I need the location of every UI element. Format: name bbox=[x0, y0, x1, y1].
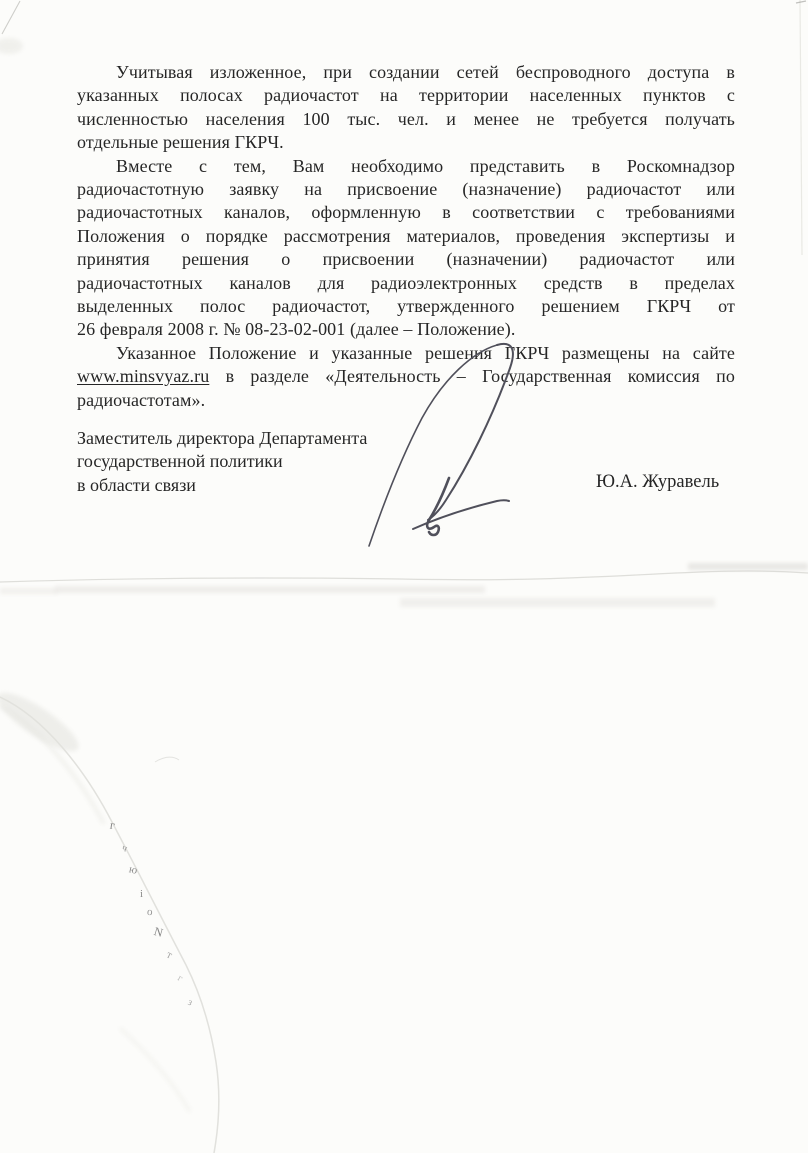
signer-title-line: государственной политики bbox=[77, 450, 497, 473]
letter-body: Учитывая изложенное, при создании сетей … bbox=[77, 61, 735, 412]
signer-name: Ю.А. Журавель bbox=[596, 472, 719, 493]
text-line: принятия решения о присвоении (назначени… bbox=[77, 248, 735, 271]
bleedthrough-letter: ч bbox=[120, 842, 128, 854]
text-line: радиочастотам». bbox=[77, 389, 735, 412]
text-line: радиочастотных каналов, оформленную в со… bbox=[77, 201, 735, 224]
bleedthrough-letter: N bbox=[152, 924, 164, 941]
text-line: Указанное Положение и указанные решения … bbox=[77, 342, 735, 365]
text-line: Положения о порядке рассмотрения материа… bbox=[77, 225, 735, 248]
text-line: радиочастотных каналов для радиоэлектрон… bbox=[77, 272, 735, 295]
signer-title-line: в области связи bbox=[77, 474, 497, 497]
text-line: Вместе с тем, Вам необходимо представить… bbox=[77, 155, 735, 178]
text-line: www.minsvyaz.ru в разделе «Деятельность … bbox=[77, 365, 735, 388]
bleedthrough-letter: о bbox=[146, 906, 153, 919]
text-line: отдельные решения ГКРЧ. bbox=[77, 131, 735, 154]
text-line: указанных полосах радиочастот на террито… bbox=[77, 84, 735, 107]
text-line: Учитывая изложенное, при создании сетей … bbox=[77, 61, 735, 84]
minsvyaz-url: www.minsvyaz.ru bbox=[77, 366, 209, 386]
text-line-rest: в разделе «Деятельность – Государственна… bbox=[226, 366, 735, 386]
bleedthrough-letter: з bbox=[186, 997, 194, 1009]
bleedthrough-letter: г bbox=[176, 973, 185, 985]
scanned-letter-page: Учитывая изложенное, при создании сетей … bbox=[0, 0, 808, 1153]
text-line: 26 февраля 2008 г. № 08-23-02-001 (далее… bbox=[77, 318, 735, 341]
signer-title-block: Заместитель директора Департамента госуд… bbox=[77, 427, 497, 497]
text-line: выделенных полос радиочастот, утвержденн… bbox=[77, 295, 735, 318]
signer-title-line: Заместитель директора Департамента bbox=[77, 427, 497, 450]
text-line: радиочастотную заявку на присвоение (наз… bbox=[77, 178, 735, 201]
word-space bbox=[209, 366, 225, 386]
bleedthrough-letter: і bbox=[140, 888, 143, 900]
bleedthrough-letter: ю bbox=[128, 863, 139, 876]
bleedthrough-letter: т bbox=[165, 949, 175, 962]
bleedthrough-letter: г bbox=[109, 818, 116, 834]
text-line: численностью населения 100 тыс. чел. и м… bbox=[77, 108, 735, 131]
